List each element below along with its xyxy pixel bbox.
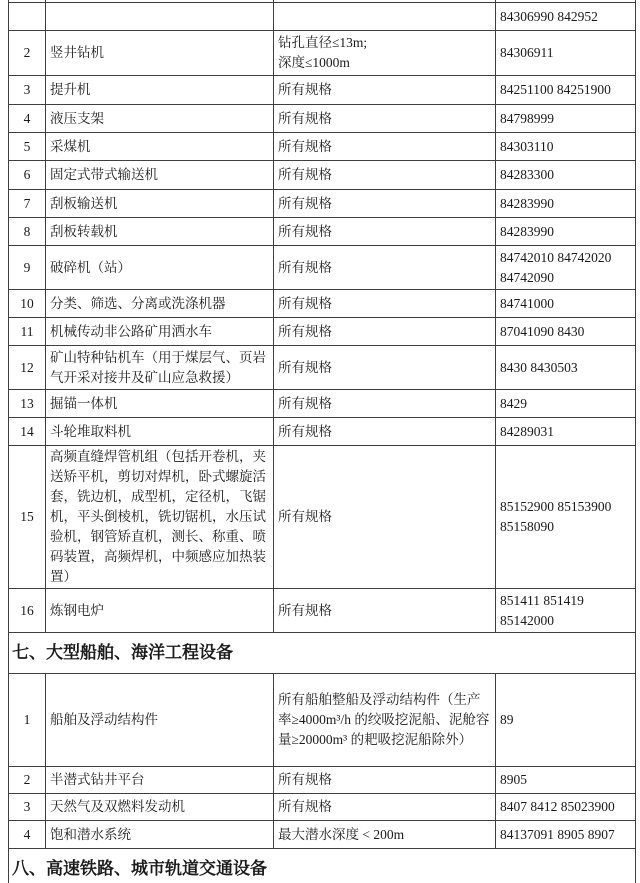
cell-name: 分类、筛选、分离或洗涤机器 (46, 290, 274, 318)
cell-index: 3 (9, 794, 46, 821)
cell-spec: 所有规格 (274, 418, 496, 446)
cell-name: 采煤机 (46, 133, 274, 161)
table-row: 1 船舶及浮动结构件 所有船舶整船及浮动结构件（生产率≥4000m³/h 的绞吸… (9, 674, 636, 767)
cell-spec: 所有规格 (274, 589, 496, 633)
cell-index: 11 (9, 318, 46, 346)
table-row: 4 饱和潜水系统 最大潜水深度 < 200m 84137091 8905 890… (9, 821, 636, 849)
table-row: 15 高频直缝焊管机组（包括开卷机，夹送矫平机，剪切对焊机，卧式螺旋活套，铣边机… (9, 446, 636, 589)
cell-codes: 84251100 84251900 (496, 76, 636, 105)
cell-index: 4 (9, 105, 46, 133)
cell-name: 高频直缝焊管机组（包括开卷机，夹送矫平机，剪切对焊机，卧式螺旋活套，铣边机，成型… (46, 446, 274, 589)
cell-name: 炼钢电炉 (46, 589, 274, 633)
table-row: 12 矿山特种钻机车（用于煤层气、页岩气开采对接井及矿山应急救援） 所有规格 8… (9, 346, 636, 390)
cell-spec: 所有规格 (274, 190, 496, 218)
cell-spec: 所有规格 (274, 346, 496, 390)
table-row: 9 破碎机（站） 所有规格 84742010 84742020 84742090 (9, 246, 636, 290)
cell-name: 天然气及双燃料发动机 (46, 794, 274, 821)
cell-spec: 所有规格 (274, 794, 496, 821)
table-row: 8 刮板转载机 所有规格 84283990 (9, 218, 636, 246)
cell-codes: 84742010 84742020 84742090 (496, 246, 636, 290)
cell-codes: 85152900 85153900 85158090 (496, 446, 636, 589)
cell-index: 1 (9, 674, 46, 767)
cell-spec (274, 3, 496, 31)
cell-index: 6 (9, 161, 46, 190)
table-row: 14 斗轮堆取料机 所有规格 84289031 (9, 418, 636, 446)
table-row-continuation: 84306990 842952 (9, 3, 636, 31)
cell-codes: 84137091 8905 8907 (496, 821, 636, 849)
table-row: 13 掘锚一体机 所有规格 8429 (9, 390, 636, 418)
cell-name: 掘锚一体机 (46, 390, 274, 418)
cell-codes: 84303110 (496, 133, 636, 161)
table-row: 2 竖井钻机 钻孔直径≤13m; 深度≤1000m 84306911 (9, 31, 636, 76)
document-page: 84306990 842952 2 竖井钻机 钻孔直径≤13m; 深度≤1000… (0, 0, 640, 883)
cell-spec: 所有规格 (274, 767, 496, 794)
cell-name: 刮板转载机 (46, 218, 274, 246)
table-row: 6 固定式带式输送机 所有规格 84283300 (9, 161, 636, 190)
cell-index: 2 (9, 31, 46, 76)
cell-name: 提升机 (46, 76, 274, 105)
cell-spec: 所有规格 (274, 76, 496, 105)
cell-name: 液压支架 (46, 105, 274, 133)
cell-spec: 所有规格 (274, 318, 496, 346)
cell-index: 7 (9, 190, 46, 218)
cell-codes: 84283990 (496, 190, 636, 218)
table-row: 16 炼钢电炉 所有规格 851411 851419 85142000 (9, 589, 636, 633)
cell-index: 2 (9, 767, 46, 794)
cell-index (9, 3, 46, 31)
cell-spec: 所有规格 (274, 105, 496, 133)
cell-name: 破碎机（站） (46, 246, 274, 290)
cell-spec: 所有规格 (274, 446, 496, 589)
table-row: 3 提升机 所有规格 84251100 84251900 (9, 76, 636, 105)
section-header-label: 八、高速铁路、城市轨道交通设备 (9, 849, 636, 883)
table-row: 4 液压支架 所有规格 84798999 (9, 105, 636, 133)
cell-index: 4 (9, 821, 46, 849)
cell-index: 16 (9, 589, 46, 633)
cell-codes: 8905 (496, 767, 636, 794)
cell-codes: 8407 8412 85023900 (496, 794, 636, 821)
cell-spec: 所有规格 (274, 161, 496, 190)
cell-spec: 所有船舶整船及浮动结构件（生产率≥4000m³/h 的绞吸挖泥船、泥舱容量≥20… (274, 674, 496, 767)
cell-name: 矿山特种钻机车（用于煤层气、页岩气开采对接井及矿山应急救援） (46, 346, 274, 390)
cell-codes: 84306990 842952 (496, 3, 636, 31)
equipment-catalog-table: 84306990 842952 2 竖井钻机 钻孔直径≤13m; 深度≤1000… (8, 0, 636, 883)
cell-spec: 钻孔直径≤13m; 深度≤1000m (274, 31, 496, 76)
cell-name: 刮板输送机 (46, 190, 274, 218)
cell-codes: 84741000 (496, 290, 636, 318)
table-row: 3 天然气及双燃料发动机 所有规格 8407 8412 85023900 (9, 794, 636, 821)
cell-spec: 最大潜水深度 < 200m (274, 821, 496, 849)
table-row: 11 机械传动非公路矿用洒水车 所有规格 87041090 8430 (9, 318, 636, 346)
cell-index: 13 (9, 390, 46, 418)
cell-index: 5 (9, 133, 46, 161)
cell-name: 斗轮堆取料机 (46, 418, 274, 446)
section-header-row-8: 八、高速铁路、城市轨道交通设备 (9, 849, 636, 883)
cell-spec: 所有规格 (274, 133, 496, 161)
table-row: 5 采煤机 所有规格 84303110 (9, 133, 636, 161)
section-header-row-7: 七、大型船舶、海洋工程设备 (9, 633, 636, 674)
cell-spec: 所有规格 (274, 218, 496, 246)
cell-codes: 84798999 (496, 105, 636, 133)
cell-index: 10 (9, 290, 46, 318)
cell-codes: 87041090 8430 (496, 318, 636, 346)
cell-name: 固定式带式输送机 (46, 161, 274, 190)
cell-codes: 89 (496, 674, 636, 767)
cell-spec: 所有规格 (274, 290, 496, 318)
cell-index: 14 (9, 418, 46, 446)
cell-name: 船舶及浮动结构件 (46, 674, 274, 767)
cell-index: 9 (9, 246, 46, 290)
cell-spec: 所有规格 (274, 246, 496, 290)
table-row: 2 半潜式钻井平台 所有规格 8905 (9, 767, 636, 794)
cell-index: 15 (9, 446, 46, 589)
cell-codes: 84283300 (496, 161, 636, 190)
cell-index: 8 (9, 218, 46, 246)
cell-codes: 851411 851419 85142000 (496, 589, 636, 633)
cell-name: 竖井钻机 (46, 31, 274, 76)
table-row: 10 分类、筛选、分离或洗涤机器 所有规格 84741000 (9, 290, 636, 318)
table-row: 7 刮板输送机 所有规格 84283990 (9, 190, 636, 218)
cell-index: 3 (9, 76, 46, 105)
cell-name (46, 3, 274, 31)
cell-codes: 8429 (496, 390, 636, 418)
cell-codes: 84289031 (496, 418, 636, 446)
section-header-label: 七、大型船舶、海洋工程设备 (9, 633, 636, 674)
cell-name: 半潜式钻井平台 (46, 767, 274, 794)
cell-spec: 所有规格 (274, 390, 496, 418)
cell-codes: 84283990 (496, 218, 636, 246)
cell-name: 机械传动非公路矿用洒水车 (46, 318, 274, 346)
cell-codes: 8430 8430503 (496, 346, 636, 390)
cell-index: 12 (9, 346, 46, 390)
cell-codes: 84306911 (496, 31, 636, 76)
cell-name: 饱和潜水系统 (46, 821, 274, 849)
